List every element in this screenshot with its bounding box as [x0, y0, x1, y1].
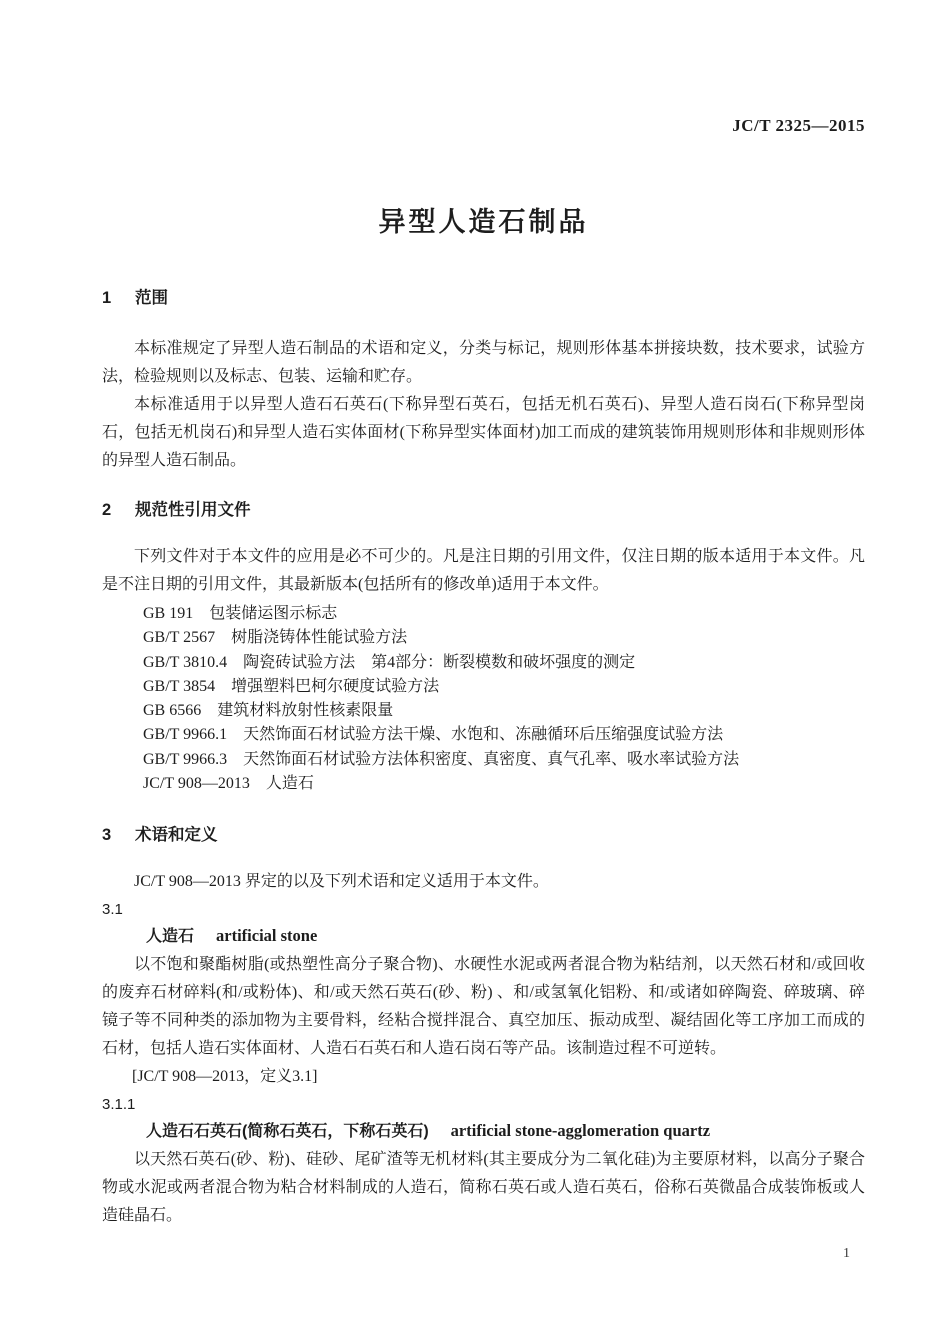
references-intro: 下列文件对于本文件的应用是必不可少的。凡是注日期的引用文件，仅注日期的版本适用于… [102, 543, 865, 599]
reference-item: GB 191 包装储运图示标志 [102, 602, 865, 626]
definition-3-1-1: 以天然石英石(砂、粉)、硅砂、尾矿渣等无机材料(其主要成分为二氧化硅)为主要原材… [102, 1146, 865, 1230]
scope-paragraph: 本标准规定了异型人造石制品的术语和定义，分类与标记，规则形体基本拼接块数，技术要… [102, 335, 865, 391]
term-3-1-en: artificial stone [216, 926, 317, 945]
section-scope-number: 1 [102, 289, 135, 307]
term-3-1-1: 人造石石英石(简称石英石，下称石英石)artificial stone-aggl… [102, 1117, 865, 1146]
reference-item: GB/T 9966.1 天然饰面石材试验方法干燥、水饱和、冻融循环后压缩强度试验… [102, 723, 865, 747]
section-references-heading: 2规范性引用文件 [102, 501, 865, 519]
reference-list: GB 191 包装储运图示标志 GB/T 2567 树脂浇铸体性能试验方法 GB… [102, 602, 865, 796]
term-3-1-1-zh: 人造石石英石(简称石英石，下称石英石) [146, 1123, 429, 1140]
reference-item: GB/T 9966.3 天然饰面石材试验方法体积密度、真密度、真气孔率、吸水率试… [102, 748, 865, 772]
definition-3-1: 以不饱和聚酯树脂(或热塑性高分子聚合物)、水硬性水泥或两者混合物为粘结剂，以天然… [102, 951, 865, 1063]
term-3-1-1-en: artificial stone-agglomeration quartz [451, 1121, 710, 1140]
reference-item: GB/T 2567 树脂浇铸体性能试验方法 [102, 626, 865, 650]
section-references-label: 规范性引用文件 [135, 501, 251, 519]
clause-number-3-1-1: 3.1.1 [102, 1093, 865, 1117]
reference-item: JC/T 908—2013 人造石 [102, 772, 865, 796]
term-3-1-zh: 人造石 [146, 928, 194, 945]
reference-item: GB 6566 建筑材料放射性核素限量 [102, 699, 865, 723]
scope-paragraph: 本标准适用于以异型人造石石英石(下称异型石英石，包括无机石英石)、异型人造石岗石… [102, 391, 865, 475]
reference-item: GB/T 3810.4 陶瓷砖试验方法 第4部分：断裂模数和破坏强度的测定 [102, 651, 865, 675]
section-terms-label: 术语和定义 [135, 826, 218, 844]
term-3-1: 人造石artificial stone [102, 922, 865, 951]
terms-intro: JC/T 908—2013 界定的以及下列术语和定义适用于本文件。 [102, 868, 865, 896]
section-scope-label: 范围 [135, 289, 168, 307]
document-page: JC/T 2325—2015 异型人造石制品 1范围 本标准规定了异型人造石制品… [0, 0, 950, 1344]
clause-number-3-1: 3.1 [102, 898, 865, 922]
section-scope-heading: 1范围 [102, 289, 865, 307]
reference-item: GB/T 3854 增强塑料巴柯尔硬度试验方法 [102, 675, 865, 699]
doc-code: JC/T 2325—2015 [102, 117, 865, 135]
section-terms-number: 3 [102, 826, 135, 844]
doc-title: 异型人造石制品 [102, 205, 865, 239]
section-references-number: 2 [102, 501, 135, 519]
section-terms-heading: 3术语和定义 [102, 826, 865, 844]
page-number: 1 [843, 1246, 850, 1262]
source-3-1: [JC/T 908—2013，定义3.1] [102, 1063, 865, 1091]
